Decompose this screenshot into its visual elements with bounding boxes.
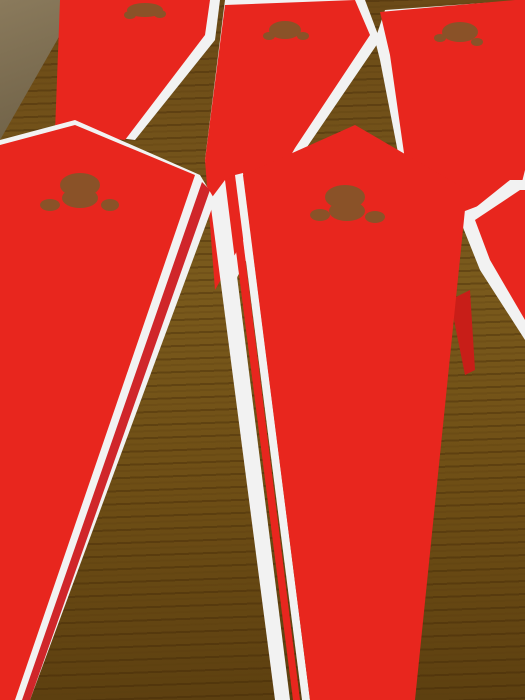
photo-scene	[0, 0, 525, 700]
paper-piece-back-left	[55, 0, 220, 140]
paper-piece-front-center	[205, 125, 470, 700]
paper-piece-front-left	[0, 120, 215, 700]
